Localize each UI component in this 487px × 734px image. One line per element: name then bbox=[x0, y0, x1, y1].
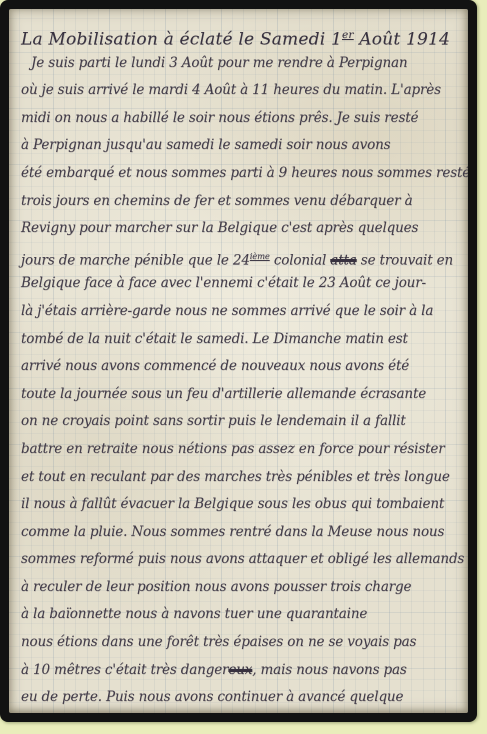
manuscript-line: où je suis arrivé le mardi 4 Août à 11 h… bbox=[21, 77, 462, 105]
manuscript-line: à Perpignan jusqu'au samedi le samedi so… bbox=[21, 132, 462, 160]
manuscript-line: on ne croyais point sans sortir puis le … bbox=[21, 408, 462, 436]
text-segment: se trouvait en bbox=[357, 252, 453, 268]
text-segment: Août 1914 bbox=[354, 30, 450, 50]
manuscript-line: eu de perte. Puis nous avons continuer à… bbox=[21, 684, 462, 712]
manuscript-line: trois jours en chemins de fer et sommes … bbox=[21, 188, 462, 216]
manuscript-line: sommes reformé puis nous avons attaquer … bbox=[21, 546, 462, 574]
text-segment-superscript: er bbox=[342, 29, 354, 41]
manuscript-line: à la baïonnette nous à navons tuer une q… bbox=[21, 601, 462, 629]
text-segment: jours de marche pénible que le 24 bbox=[21, 252, 250, 268]
text-segment: colonial bbox=[270, 252, 331, 268]
manuscript-line: à reculer de leur position nous avons po… bbox=[21, 574, 462, 602]
text-segment-struck: atta bbox=[330, 252, 356, 268]
text-segment-superscript: ième bbox=[250, 251, 270, 261]
manuscript-paper: La Mobilisation à éclaté le Samedi 1er A… bbox=[9, 9, 468, 713]
manuscript-line: midi on nous a habillé le soir nous étio… bbox=[21, 105, 462, 133]
text-segment: La Mobilisation à éclaté le Samedi 1 bbox=[21, 30, 342, 50]
manuscript-line: il nous à fallût évacuer la Belgique sou… bbox=[21, 491, 462, 519]
manuscript-line: La Mobilisation à éclaté le Samedi 1er A… bbox=[21, 22, 462, 50]
text-segment-struck: eux bbox=[228, 662, 252, 678]
manuscript-line: été embarqué et nous sommes parti à 9 he… bbox=[21, 160, 462, 188]
manuscript-line: nous étions dans une forêt très épaises … bbox=[21, 629, 462, 657]
manuscript-line: là j'étais arrière-garde nous ne sommes … bbox=[21, 298, 462, 326]
manuscript-line: Belgique face à face avec l'ennemi c'éta… bbox=[21, 270, 462, 298]
manuscript-line: Revigny pour marcher sur la Belgique c'e… bbox=[21, 215, 462, 243]
manuscript-line: toute la journée sous un feu d'artilleri… bbox=[21, 381, 462, 409]
manuscript-line: tombé de la nuit c'était le samedi. Le D… bbox=[21, 326, 462, 354]
photo-frame: La Mobilisation à éclaté le Samedi 1er A… bbox=[0, 0, 477, 722]
manuscript-line: comme la pluie. Nous sommes rentré dans … bbox=[21, 519, 462, 547]
text-segment: , mais nous navons pas bbox=[252, 662, 406, 678]
manuscript-line: et tout en reculant par des marches très… bbox=[21, 464, 462, 492]
manuscript-line: à 10 mêtres c'était très dangereux, mais… bbox=[21, 657, 462, 685]
manuscript-line: jours de marche pénible que le 24ième co… bbox=[21, 243, 462, 271]
manuscript-line: Je suis parti le lundi 3 Août pour me re… bbox=[21, 50, 462, 78]
manuscript-line: battre en retraite nous nétions pas asse… bbox=[21, 436, 462, 464]
text-segment: à 10 mêtres c'était très danger bbox=[21, 662, 228, 678]
manuscript-line: arrivé nous avons commencé de nouveaux n… bbox=[21, 353, 462, 381]
scanned-page-canvas: La Mobilisation à éclaté le Samedi 1er A… bbox=[0, 0, 487, 734]
